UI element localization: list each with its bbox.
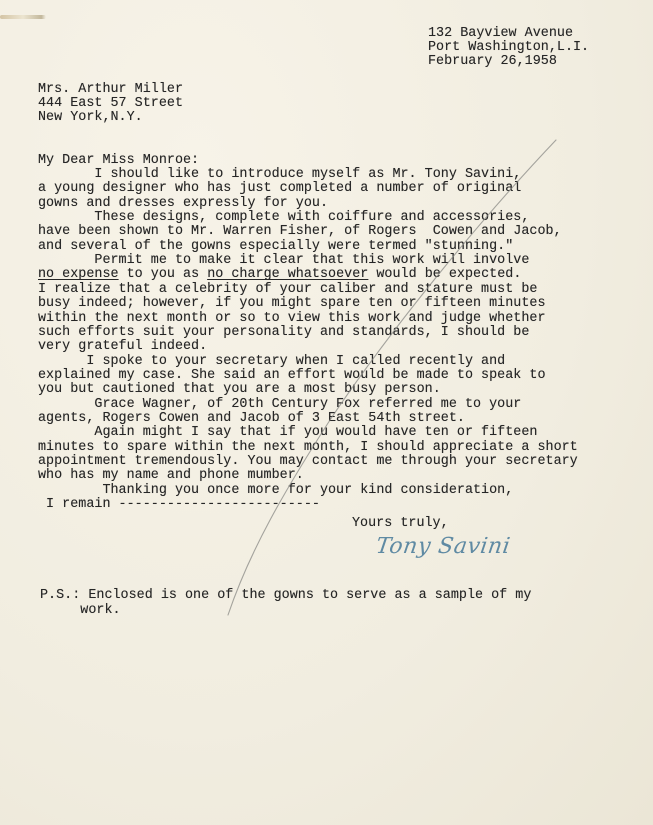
body-line: no expense to you as no charge whatsoeve…	[38, 268, 521, 282]
closing: Yours truly,	[352, 517, 449, 531]
body-line: who has my name and phone mumber.	[38, 469, 304, 483]
body-line: and several of the gowns especially were…	[38, 240, 513, 254]
body-line: busy indeed; however, if you might spare…	[38, 297, 546, 311]
body-line: I spoke to your secretary when I called …	[38, 355, 505, 369]
postscript-line: work.	[40, 604, 121, 618]
underlined-phrase: no expense	[38, 267, 119, 282]
letter-page: 132 Bayview Avenue Port Washington,L.I. …	[0, 0, 653, 825]
body-line: These designs, complete with coiffure an…	[38, 211, 529, 225]
handwritten-signature: Tony Savini	[374, 534, 512, 559]
body-line: have been shown to Mr. Warren Fisher, of…	[38, 225, 562, 239]
body-line: minutes to spare within the next month, …	[38, 441, 578, 455]
body-line: a young designer who has just completed …	[38, 182, 521, 196]
body-line: I realize that a celebrity of your calib…	[38, 283, 537, 297]
body-line: very grateful indeed.	[38, 340, 207, 354]
underlined-phrase: no charge whatsoever	[207, 267, 368, 282]
body-line: Thanking you once more for your kind con…	[38, 484, 513, 498]
body-line: Grace Wagner, of 20th Century Fox referr…	[38, 398, 521, 412]
body-line: gowns and dresses expressly for you.	[38, 197, 328, 211]
body-line: agents, Rogers Cowen and Jacob of 3 East…	[38, 412, 465, 426]
body-line: I should like to introduce myself as Mr.…	[38, 168, 521, 182]
body-line: I remain -------------------------	[38, 498, 320, 512]
body-line: explained my case. She said an effort wo…	[38, 369, 546, 383]
body-line: Again might I say that if you would have…	[38, 426, 537, 440]
body-line: such efforts suit your personality and s…	[38, 326, 529, 340]
body-line: within the next month or so to view this…	[38, 312, 546, 326]
paper-smudge	[0, 15, 46, 19]
body-line: you but cautioned that you are a most bu…	[38, 383, 441, 397]
body-line: Permit me to make it clear that this wor…	[38, 254, 529, 268]
letter-date: February 26,1958	[428, 55, 557, 69]
recipient-city: New York,N.Y.	[38, 111, 143, 125]
body-line: appointment tremendously. You may contac…	[38, 455, 578, 469]
postscript-line: P.S.: Enclosed is one of the gowns to se…	[40, 589, 531, 603]
